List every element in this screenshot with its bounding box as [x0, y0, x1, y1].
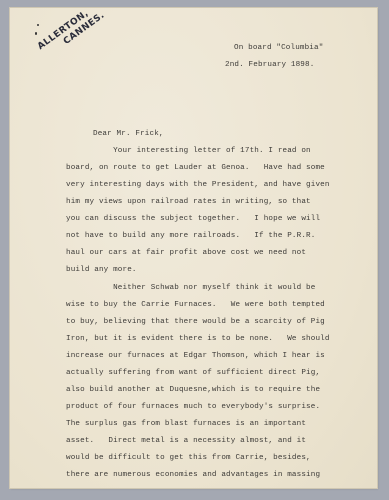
letter-page: ALLERTON, CANNES. — [10, 8, 377, 488]
body-line: there are numerous economies and advanta… — [66, 471, 320, 479]
address-stamp: ALLERTON, CANNES. — [36, 2, 107, 61]
body-line: actually suffering from want of sufficie… — [66, 369, 320, 377]
ink-speck — [37, 24, 39, 26]
heading-date: 2nd. February 1898. — [225, 61, 314, 69]
body-line: wise to buy the Carrie Furnaces. We were… — [66, 301, 325, 309]
body-line: board, on route to get Lauder at Genoa. … — [66, 164, 325, 172]
body-line: increase our furnaces at Edgar Thomson, … — [66, 352, 325, 360]
body-line: Iron, but it is evident there is to be n… — [66, 335, 330, 343]
heading-location: On board "Columbia" — [234, 44, 323, 52]
body-line: also build another at Duquesne,which is … — [66, 386, 320, 394]
body-line: him my views upon railroad rates in writ… — [66, 198, 311, 206]
body-line: haul our cars at fair profit above cost … — [66, 249, 306, 257]
ink-speck — [35, 32, 37, 35]
body-line: would be difficult to get this from Carr… — [66, 454, 311, 462]
body-line: Your interesting letter of 17th. I read … — [66, 147, 311, 155]
body-line: very interesting days with the President… — [66, 181, 330, 189]
body-line: The surplus gas from blast furnaces is a… — [66, 420, 306, 428]
body-line: you can discuss the subject together. I … — [66, 215, 320, 223]
body-line: asset. Direct metal is a necessity almos… — [66, 437, 306, 445]
body-line: build any more. — [66, 266, 137, 274]
body-line: to buy, believing that there would be a … — [66, 318, 325, 326]
body-line: Neither Schwab nor myself think it would… — [66, 284, 315, 292]
body-line: product of four furnaces much to everybo… — [66, 403, 320, 411]
body-line: not have to build any more railroads. If… — [66, 232, 315, 240]
salutation: Dear Mr. Frick, — [93, 130, 164, 138]
